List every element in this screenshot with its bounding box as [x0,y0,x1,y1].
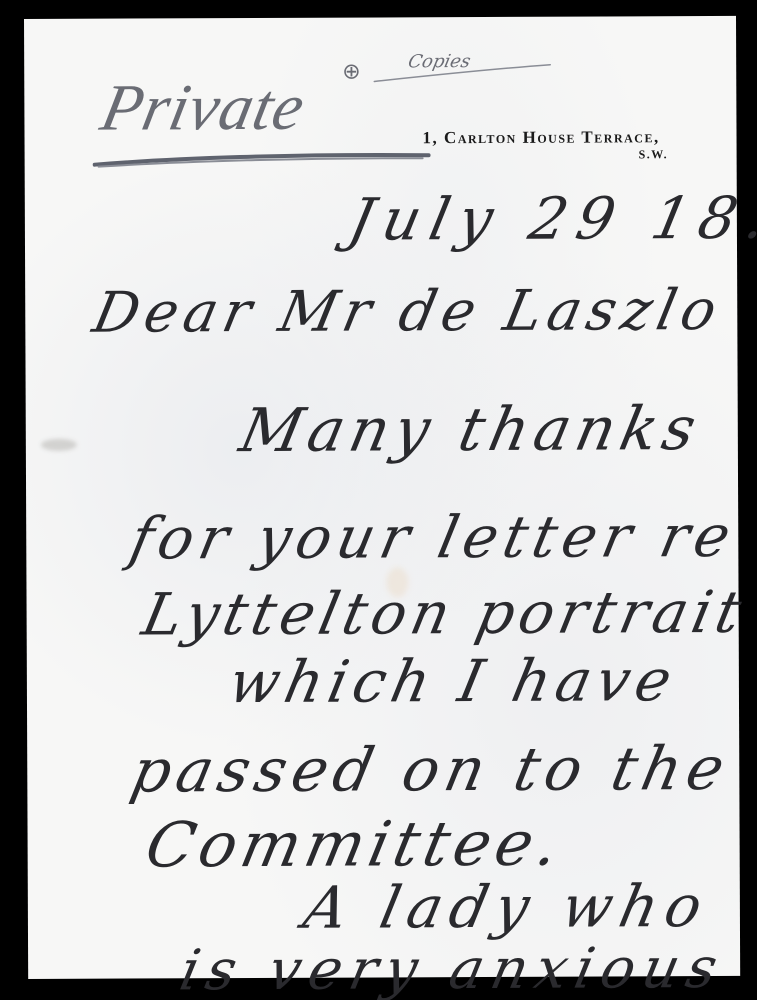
salutation: Dear Mr de Laszlo [87,278,728,346]
body-line: for your letter re the [124,501,757,572]
letterhead-address: 1, Carlton House Terrace, [422,127,659,148]
body-line: Many thanks [234,394,708,466]
body-line: A lady who [298,872,716,942]
body-line: passed on to the [125,734,736,807]
private-underline [93,149,433,168]
letterhead-district: S.W. [639,147,669,162]
body-line: which I have [223,646,683,716]
paper-smudge [41,439,77,451]
circled-plus-mark: ⊕ [342,60,361,85]
letter-date: July 29 18. [343,184,757,254]
body-line: Committee. [140,807,570,882]
private-annotation: Private [95,70,312,147]
letter-page: Private ⊕ Copies 1, Carlton House Terrac… [24,16,740,979]
body-line: is very anxious [174,936,730,1000]
copies-underline [372,63,552,84]
body-line: Lyttelton portrait [137,578,752,649]
